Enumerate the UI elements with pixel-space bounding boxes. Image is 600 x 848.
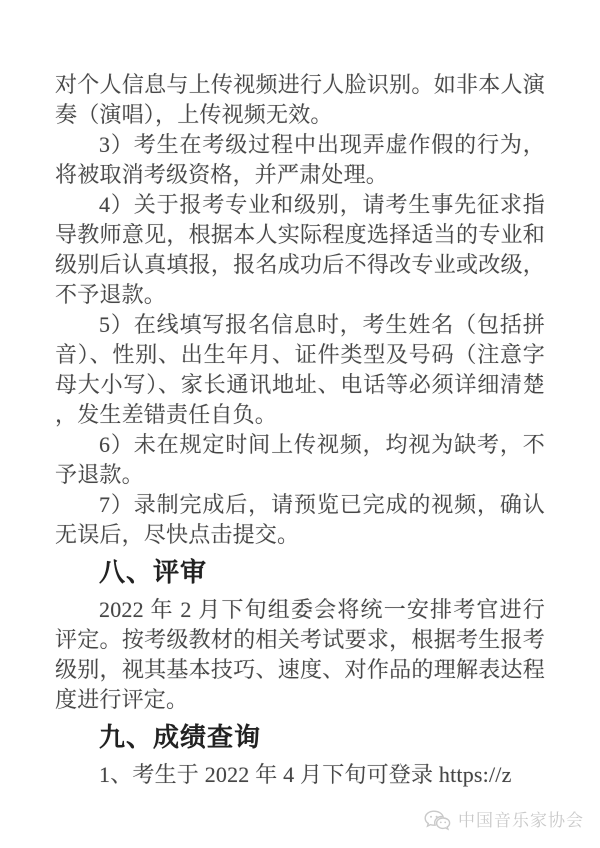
paragraph-item-5: 5）在线填写报名信息时，考生姓名（包括拼音）、性别、出生年月、证件类型及号码（注…	[55, 310, 545, 430]
paragraph-item-3: 3）考生在考级过程中出现弄虚作假的行为，将被取消考级资格，并严肃处理。	[55, 130, 545, 190]
document-body: 对个人信息与上传视频进行人脸识别。如非本人演奏（演唱），上传视频无效。 3）考生…	[55, 70, 545, 790]
paragraph-review-details: 2022 年 2 月下旬组委会将统一安排考官进行评定。按考级教材的相关考试要求，…	[55, 595, 545, 715]
paragraph-item-4: 4）关于报考专业和级别，请考生事先征求指导教师意见，根据本人实际程度选择适当的专…	[55, 190, 545, 310]
section-heading-8-review: 八、评审	[99, 555, 545, 589]
paragraph-continuation: 对个人信息与上传视频进行人脸识别。如非本人演奏（演唱），上传视频无效。	[55, 70, 545, 130]
watermark: 中国音乐家协会	[424, 810, 584, 832]
paragraph-item-7: 7）录制完成后，请预览已完成的视频，确认无误后，尽快点击提交。	[55, 490, 545, 550]
section-heading-9-score-query: 九、成绩查询	[99, 720, 545, 754]
paragraph-score-query: 1、考生于 2022 年 4 月下旬可登录 https://z	[55, 760, 545, 790]
wechat-icon	[424, 810, 451, 832]
watermark-label: 中国音乐家协会	[458, 811, 584, 831]
document-page: 对个人信息与上传视频进行人脸识别。如非本人演奏（演唱），上传视频无效。 3）考生…	[0, 0, 600, 848]
paragraph-item-6: 6）未在规定时间上传视频，均视为缺考，不予退款。	[55, 430, 545, 490]
